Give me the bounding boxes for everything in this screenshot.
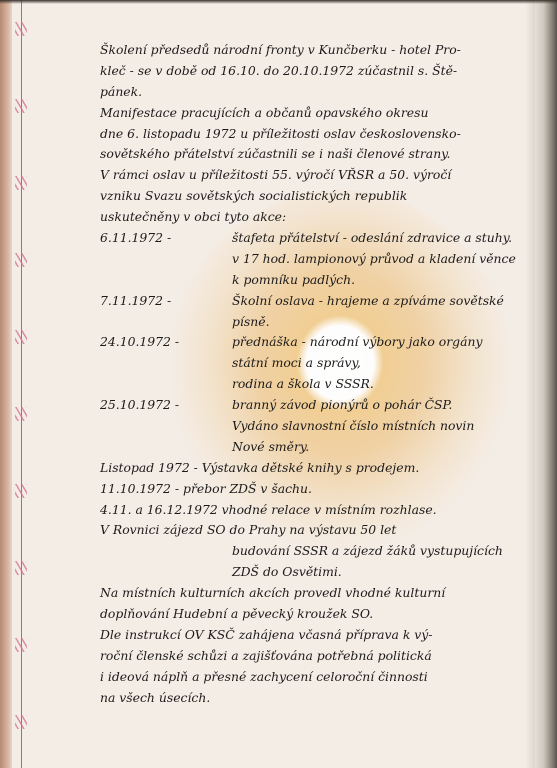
text-line: budování SSSR a zájezd žáků vystupujícíc… [100, 541, 540, 562]
margin-line [21, 0, 22, 768]
text-line: 4.11. a 16.12.1972 vhodné relace v místn… [100, 500, 540, 521]
event-line: 24.10.1972 -přednáška - národní výbory j… [100, 332, 540, 353]
event-date [100, 353, 232, 374]
event-line: v 17 hod. lampionový průvod a kladení vě… [100, 249, 540, 270]
event-text: rodina a škola v SSSR. [232, 374, 374, 395]
event-text: Vydáno slavnostní číslo místních novin [232, 416, 474, 437]
event-date: 6.11.1972 - [100, 228, 232, 249]
margin-tick [15, 407, 27, 421]
intro-paragraphs: Školení předsedů národní fronty v Kunčbe… [100, 40, 540, 228]
event-line: písně. [100, 312, 540, 333]
event-line: 6.11.1972 -štafeta přátelství - odeslání… [100, 228, 540, 249]
event-date [100, 312, 232, 333]
event-date [100, 270, 232, 291]
event-line: rodina a škola v SSSR. [100, 374, 540, 395]
text-line: na všech úsecích. [100, 688, 540, 709]
text-line: doplňování Hudební a pěvecký kroužek SO. [100, 604, 540, 625]
event-text: přednáška - národní výbory jako orgány [232, 332, 482, 353]
text-line: V rámci oslav u příležitosti 55. výročí … [100, 165, 540, 186]
event-text: štafeta přátelství - odeslání zdravice a… [232, 228, 512, 249]
event-date: 7.11.1972 - [100, 291, 232, 312]
margin-tick [15, 484, 27, 498]
text-line: Školení předsedů národní fronty v Kunčbe… [100, 40, 540, 61]
text-line: sovětského přátelství zúčastnili se i na… [100, 144, 540, 165]
margin-tick [15, 638, 27, 652]
event-text: Nové směry. [232, 437, 309, 458]
event-line: státní moci a správy, [100, 353, 540, 374]
margin-tick [15, 99, 27, 113]
event-text: písně. [232, 312, 270, 333]
text-line: kleč - se v době od 16.10. do 20.10.1972… [100, 61, 540, 82]
event-text: Školní oslava - hrajeme a zpíváme sověts… [232, 291, 504, 312]
margin-tick [15, 253, 27, 267]
text-line: roční členské schůzi a zajišťována potře… [100, 646, 540, 667]
event-date [100, 437, 232, 458]
event-text: státní moci a správy, [232, 353, 361, 374]
text-line: dne 6. listopadu 1972 u příležitosti osl… [100, 124, 540, 145]
text-line: Na místních kulturních akcích provedl vh… [100, 583, 540, 604]
event-line: Vydáno slavnostní číslo místních novin [100, 416, 540, 437]
event-line: 25.10.1972 -branný závod pionýrů o pohár… [100, 395, 540, 416]
event-line: 7.11.1972 -Školní oslava - hrajeme a zpí… [100, 291, 540, 312]
event-list: 6.11.1972 -štafeta přátelství - odeslání… [100, 228, 540, 458]
text-line: Listopad 1972 - Výstavka dětské knihy s … [100, 458, 540, 479]
handwritten-text: Školení předsedů národní fronty v Kunčbe… [100, 40, 540, 709]
event-text: k pomníku padlých. [232, 270, 355, 291]
event-text: v 17 hod. lampionový průvod a kladení vě… [232, 249, 516, 270]
event-date [100, 249, 232, 270]
text-line: 11.10.1972 - přebor ZDŠ v šachu. [100, 479, 540, 500]
margin-tick [15, 22, 27, 36]
text-line: V Rovnici zájezd SO do Prahy na výstavu … [100, 520, 540, 541]
book-binding [0, 0, 12, 768]
margin-tick [15, 176, 27, 190]
text-line: ZDŠ do Osvětimi. [100, 562, 540, 583]
scanned-page: Školení předsedů národní fronty v Kunčbe… [0, 0, 557, 768]
margin-tick [15, 330, 27, 344]
text-line: Manifestace pracujících a občanů opavské… [100, 103, 540, 124]
event-date [100, 374, 232, 395]
closing-paragraphs: Listopad 1972 - Výstavka dětské knihy s … [100, 458, 540, 709]
top-shadow [0, 0, 557, 4]
margin-tick [15, 715, 27, 729]
event-date: 25.10.1972 - [100, 395, 232, 416]
event-text: branný závod pionýrů o pohár ČSP. [232, 395, 452, 416]
text-line: vzniku Svazu sovětských socialistických … [100, 186, 540, 207]
text-line: Dle instrukcí OV KSČ zahájena včasná pří… [100, 625, 540, 646]
event-line: k pomníku padlých. [100, 270, 540, 291]
event-date: 24.10.1972 - [100, 332, 232, 353]
text-line: i ideová náplň a přesné zachycení celoro… [100, 667, 540, 688]
event-date [100, 416, 232, 437]
margin-tick [15, 561, 27, 575]
event-line: Nové směry. [100, 437, 540, 458]
text-line: pánek. [100, 82, 540, 103]
text-line: uskutečněny v obci tyto akce: [100, 207, 540, 228]
